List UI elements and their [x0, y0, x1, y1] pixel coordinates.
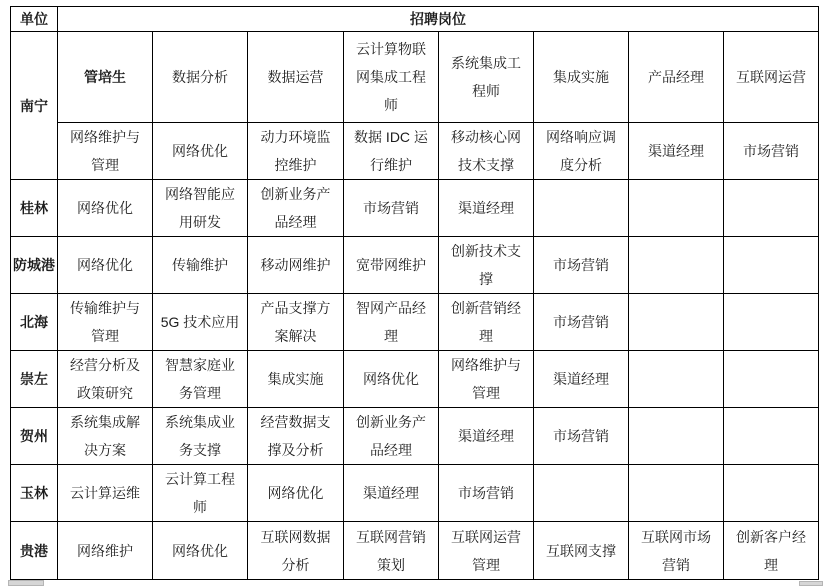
job-cell	[724, 408, 819, 465]
job-cell: 数据 IDC 运行维护	[344, 123, 439, 180]
job-cell: 创新营销经理	[439, 294, 534, 351]
row-yulin: 玉林 云计算运维 云计算工程师 网络优化 渠道经理 市场营销	[11, 465, 819, 522]
job-cell: 网络响应调度分析	[534, 123, 629, 180]
job-cell: 渠道经理	[439, 180, 534, 237]
job-cell: 创新客户经理	[724, 522, 819, 580]
job-cell: 宽带网维护	[344, 237, 439, 294]
row-beihai: 北海 传输维护与管理 5G 技术应用 产品支撑方案解决 智网产品经理 创新营销经…	[11, 294, 819, 351]
unit-cell: 桂林	[11, 180, 58, 237]
job-cell: 互联网数据分析	[248, 522, 344, 580]
job-cell: 云计算运维	[58, 465, 153, 522]
job-cell	[724, 351, 819, 408]
job-cell: 网络优化	[153, 123, 248, 180]
job-cell: 市场营销	[534, 237, 629, 294]
unit-cell: 贺州	[11, 408, 58, 465]
job-cell	[629, 408, 724, 465]
job-cell: 互联网营销策划	[344, 522, 439, 580]
job-cell: 系统集成业务支撑	[153, 408, 248, 465]
job-cell: 产品经理	[629, 32, 724, 123]
header-row: 单位 招聘岗位	[11, 7, 819, 32]
job-cell: 市场营销	[534, 408, 629, 465]
row-nanning-2: 网络维护与管理 网络优化 动力环境监控维护 数据 IDC 运行维护 移动核心网技…	[11, 123, 819, 180]
unit-cell: 贵港	[11, 522, 58, 580]
positions-header-cell: 招聘岗位	[58, 7, 819, 32]
row-hezhou: 贺州 系统集成解决方案 系统集成业务支撑 经营数据支撑及分析 创新业务产品经理 …	[11, 408, 819, 465]
job-cell	[629, 465, 724, 522]
job-cell: 网络优化	[248, 465, 344, 522]
job-cell	[724, 180, 819, 237]
job-cell: 智慧家庭业务管理	[153, 351, 248, 408]
job-cell: 集成实施	[534, 32, 629, 123]
document-page: 单位 招聘岗位 南宁 管培生 数据分析 数据运营 云计算物联网集成工程师 系统集…	[0, 0, 823, 586]
job-cell: 市场营销	[344, 180, 439, 237]
row-chongzuo: 崇左 经营分析及政策研究 智慧家庭业务管理 集成实施 网络优化 网络维护与管理 …	[11, 351, 819, 408]
job-cell: 网络优化	[58, 180, 153, 237]
job-cell	[629, 180, 724, 237]
job-cell: 市场营销	[724, 123, 819, 180]
job-cell: 集成实施	[248, 351, 344, 408]
scrollbar-fragment-right[interactable]	[799, 581, 823, 586]
job-cell: 传输维护	[153, 237, 248, 294]
job-cell	[534, 180, 629, 237]
row-guilin: 桂林 网络优化 网络智能应用研发 创新业务产品经理 市场营销 渠道经理	[11, 180, 819, 237]
job-cell: 系统集成工程师	[439, 32, 534, 123]
job-cell: 移动核心网技术支撑	[439, 123, 534, 180]
job-cell: 市场营销	[534, 294, 629, 351]
job-cell	[629, 351, 724, 408]
job-cell: 创新技术支撑	[439, 237, 534, 294]
job-cell: 市场营销	[439, 465, 534, 522]
unit-cell: 崇左	[11, 351, 58, 408]
job-cell	[629, 294, 724, 351]
job-cell: 产品支撑方案解决	[248, 294, 344, 351]
job-cell: 渠道经理	[439, 408, 534, 465]
job-cell: 互联网运营	[724, 32, 819, 123]
job-cell: 经营数据支撑及分析	[248, 408, 344, 465]
unit-cell: 玉林	[11, 465, 58, 522]
job-cell: 创新业务产品经理	[344, 408, 439, 465]
job-cell: 动力环境监控维护	[248, 123, 344, 180]
job-cell: 管培生	[58, 32, 153, 123]
row-fangchenggang: 防城港 网络优化 传输维护 移动网维护 宽带网维护 创新技术支撑 市场营销	[11, 237, 819, 294]
job-cell: 渠道经理	[344, 465, 439, 522]
job-cell: 云计算工程师	[153, 465, 248, 522]
job-cell: 互联网市场营销	[629, 522, 724, 580]
job-cell: 网络优化	[344, 351, 439, 408]
job-cell	[724, 294, 819, 351]
row-guigang: 贵港 网络维护 网络优化 互联网数据分析 互联网营销策划 互联网运营管理 互联网…	[11, 522, 819, 580]
job-cell: 网络优化	[153, 522, 248, 580]
unit-cell: 南宁	[11, 32, 58, 180]
job-cell: 经营分析及政策研究	[58, 351, 153, 408]
recruitment-table: 单位 招聘岗位 南宁 管培生 数据分析 数据运营 云计算物联网集成工程师 系统集…	[10, 6, 819, 580]
scrollbar-fragment-left[interactable]	[8, 580, 44, 586]
job-cell: 移动网维护	[248, 237, 344, 294]
job-cell: 创新业务产品经理	[248, 180, 344, 237]
unit-cell: 北海	[11, 294, 58, 351]
job-cell	[534, 465, 629, 522]
job-cell: 智网产品经理	[344, 294, 439, 351]
job-cell: 渠道经理	[534, 351, 629, 408]
job-cell: 数据分析	[153, 32, 248, 123]
job-cell: 渠道经理	[629, 123, 724, 180]
unit-header-cell: 单位	[11, 7, 58, 32]
job-cell: 网络维护与管理	[58, 123, 153, 180]
job-cell	[724, 237, 819, 294]
job-cell: 5G 技术应用	[153, 294, 248, 351]
job-cell: 传输维护与管理	[58, 294, 153, 351]
job-cell: 云计算物联网集成工程师	[344, 32, 439, 123]
job-cell: 网络优化	[58, 237, 153, 294]
job-cell	[629, 237, 724, 294]
job-cell	[724, 465, 819, 522]
job-cell: 互联网运营管理	[439, 522, 534, 580]
job-cell: 网络维护与管理	[439, 351, 534, 408]
job-cell: 网络维护	[58, 522, 153, 580]
job-cell: 网络智能应用研发	[153, 180, 248, 237]
job-cell: 系统集成解决方案	[58, 408, 153, 465]
unit-cell: 防城港	[11, 237, 58, 294]
row-nanning-1: 南宁 管培生 数据分析 数据运营 云计算物联网集成工程师 系统集成工程师 集成实…	[11, 32, 819, 123]
job-cell: 互联网支撑	[534, 522, 629, 580]
job-cell: 数据运营	[248, 32, 344, 123]
